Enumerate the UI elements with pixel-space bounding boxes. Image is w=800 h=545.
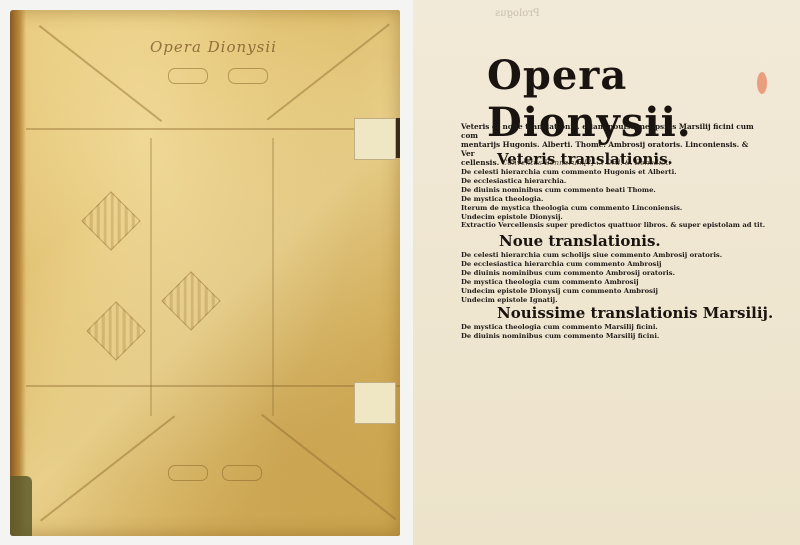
cover-tooled-title: Opera Dionysii (150, 38, 277, 56)
spine-wear-stain (10, 476, 32, 536)
fold-line (26, 385, 400, 387)
diagonal-fold (261, 414, 396, 520)
list-item: De mystica theologia cum commento Ambros… (461, 278, 761, 287)
list-item: De mystica theologia cum commento Marsil… (461, 323, 761, 332)
tooled-stamp (168, 68, 208, 84)
tooled-lozenge (81, 191, 140, 250)
red-ink-mark (757, 72, 767, 94)
section-heading-nouissime: Nouissime translationis Marsilij. (497, 304, 773, 322)
clasp-fitting-top (354, 118, 396, 160)
diagonal-fold (39, 25, 162, 122)
fold-line (26, 128, 400, 130)
list-item: Iterum de mystica theologia cum commento… (461, 204, 761, 213)
title-page: Prologus Opera Dionysii. Veteris et noue… (461, 0, 800, 545)
book-cover-panel: Opera Dionysii (0, 0, 413, 545)
list-item: De diuinis nominibus cum commento Ambros… (461, 269, 761, 278)
tooled-lozenge (161, 271, 220, 330)
veteris-items: De celesti hierarchia cum commento Hugon… (461, 168, 761, 230)
list-item: Undecim epistole Dionysij. (461, 213, 761, 222)
show-through-text: Prologus (495, 8, 540, 19)
spine-edge (10, 10, 26, 536)
diagonal-fold (40, 415, 175, 521)
clasp-strap (396, 118, 400, 158)
list-item: De celesti hierarchia cum commento Hugon… (461, 168, 761, 177)
section-heading-veteris: Veteris translationis. (497, 150, 673, 168)
list-item: De ecclesiastica hierarchia. (461, 177, 761, 186)
tooled-stamp (228, 68, 268, 84)
list-item: De diuinis nominibus cum commento Marsil… (461, 332, 761, 341)
panel-line (150, 138, 152, 416)
diagonal-fold (267, 23, 390, 120)
list-item: De ecclesiastica hierarchia cum commento… (461, 260, 761, 269)
list-item: Extractio Vercellensis super predictos q… (461, 221, 761, 230)
tooled-stamp (222, 465, 262, 481)
panel-line (272, 138, 274, 416)
section-heading-noue: Noue translationis. (499, 232, 661, 250)
clasp-fitting-bottom (354, 382, 396, 424)
list-item: De celesti hierarchia cum scholijs siue … (461, 251, 761, 260)
vellum-book-cover: Opera Dionysii (10, 10, 400, 536)
list-item: De diuinis nominibus cum commento beati … (461, 186, 761, 195)
tooled-stamp (168, 465, 208, 481)
intro-line: Veteris et noue translationis. etiam nou… (461, 122, 761, 140)
intro-line-end: cellensis. (461, 158, 499, 167)
title-page-panel: Prologus Opera Dionysii. Veteris et noue… (413, 0, 800, 545)
noue-items: De celesti hierarchia cum scholijs siue … (461, 251, 761, 304)
nouissime-items: De mystica theologia cum commento Marsil… (461, 323, 761, 341)
list-item: Undecim epistole Dionysij cum commento A… (461, 287, 761, 296)
tooled-lozenge (86, 301, 145, 360)
list-item: De mystica theologia. (461, 195, 761, 204)
